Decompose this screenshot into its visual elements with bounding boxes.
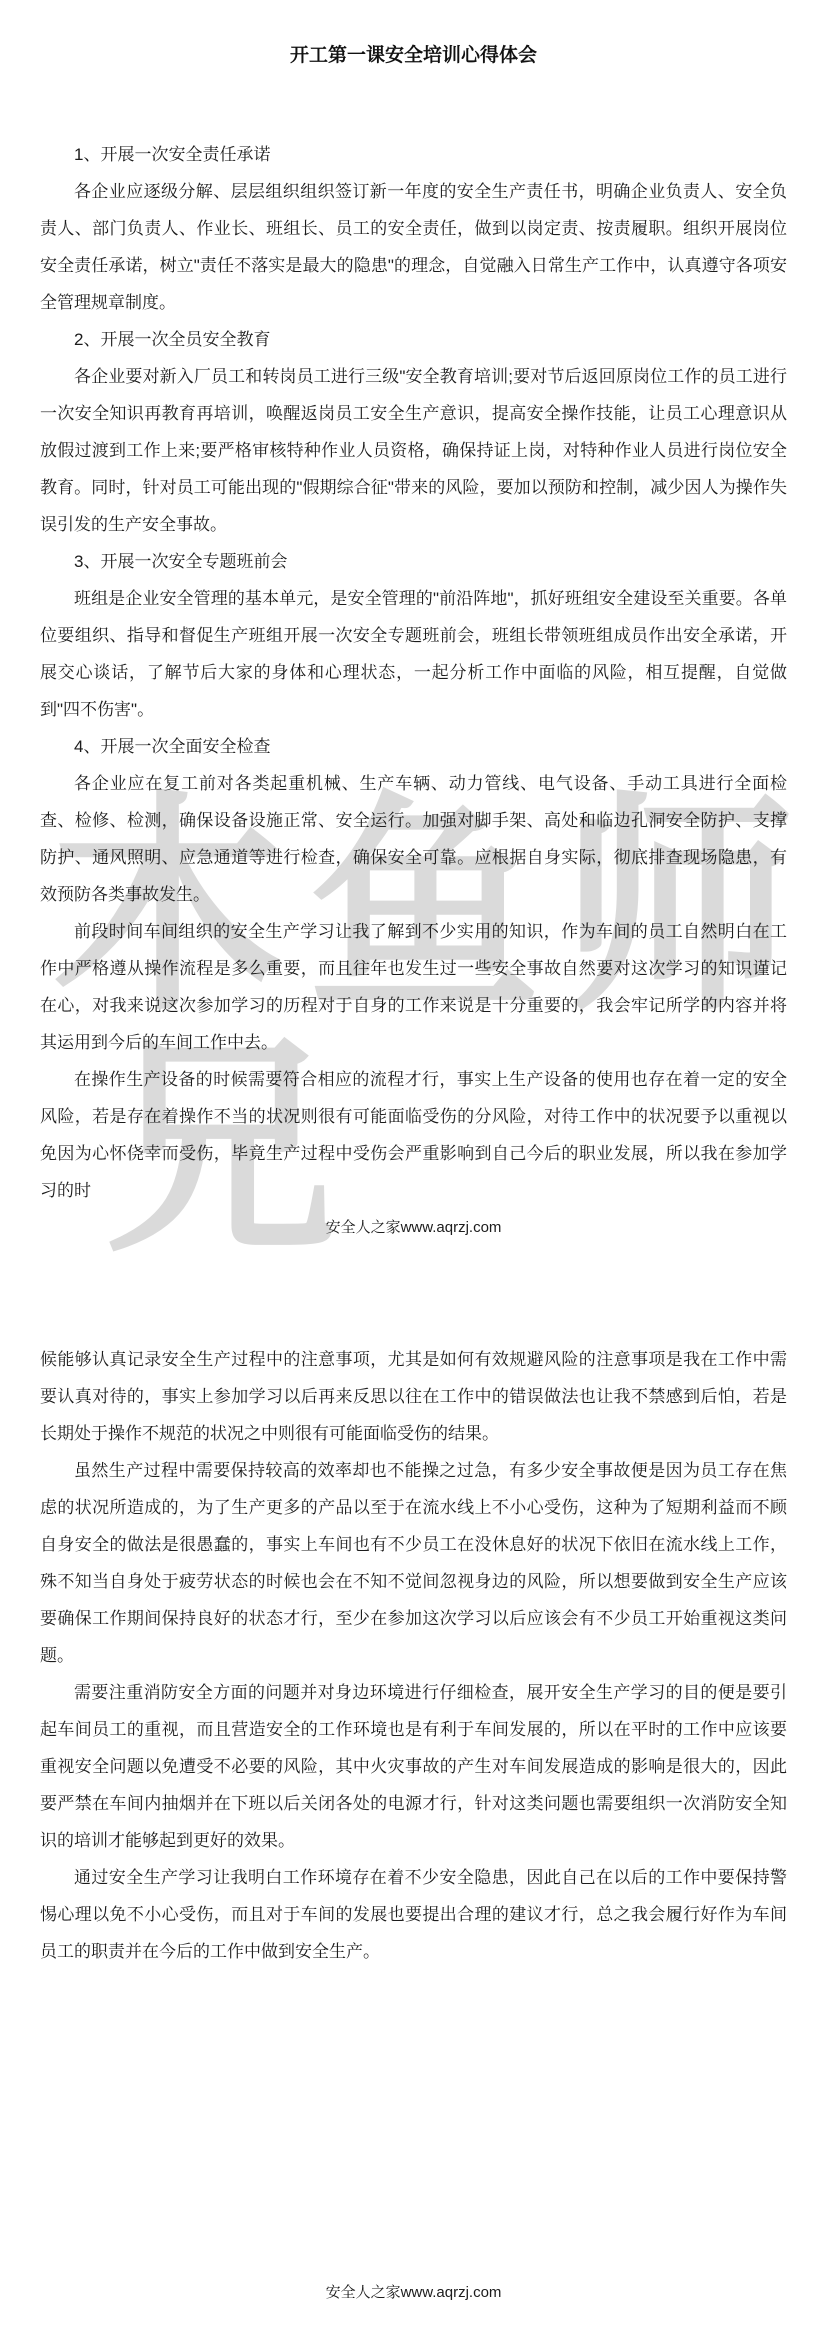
page-title: 开工第一课安全培训心得体会 — [40, 42, 787, 70]
section-4-paragraph: 各企业应在复工前对各类起重机械、生产车辆、动力管线、电气设备、手动工具进行全面检… — [40, 765, 787, 913]
closing-paragraph: 通过安全生产学习让我明白工作环境存在着不少安全隐患，因此自己在以后的工作中要保持… — [40, 1859, 787, 1970]
reflection-paragraph-2-continuation: 候能够认真记录安全生产过程中的注意事项，尤其是如何有效规避风险的注意事项是我在工… — [40, 1341, 787, 1452]
reflection-paragraph-2-truncated: 在操作生产设备的时候需要符合相应的流程才行，事实上生产设备的使用也存在着一定的安… — [40, 1061, 787, 1209]
page1-site-text: 安全人之家www.aqrzj.com — [40, 1209, 787, 1246]
section-heading-4: 4、开展一次全面安全检查 — [40, 728, 787, 765]
section-1-paragraph: 各企业应逐级分解、层层组织组织签订新一年度的安全生产责任书，明确企业负责人、安全… — [40, 173, 787, 321]
section-heading-3: 3、开展一次安全专题班前会 — [40, 543, 787, 580]
section-2-paragraph: 各企业要对新入厂员工和转岗员工进行三级"安全教育培训;要对节后返回原岗位工作的员… — [40, 358, 787, 543]
section-heading-2: 2、开展一次全员安全教育 — [40, 321, 787, 358]
footer-site-text: 安全人之家www.aqrzj.com — [0, 2281, 827, 2302]
reflection-paragraph-4: 需要注重消防安全方面的问题并对身边环境进行仔细检查，展开安全生产学习的目的便是要… — [40, 1674, 787, 1859]
section-3-paragraph: 班组是企业安全管理的基本单元，是安全管理的"前沿阵地"，抓好班组安全建设至关重要… — [40, 580, 787, 728]
reflection-paragraph-3: 虽然生产过程中需要保持较高的效率却也不能操之过急，有多少安全事故便是因为员工存在… — [40, 1452, 787, 1674]
section-heading-1: 1、开展一次安全责任承诺 — [40, 136, 787, 173]
document-page: 木 鱼 师 兄 开工第一课安全培训心得体会 1、开展一次安全责任承诺 各企业应逐… — [0, 0, 827, 2340]
page-break-gap — [40, 1246, 787, 1341]
reflection-paragraph-1: 前段时间车间组织的安全生产学习让我了解到不少实用的知识，作为车间的员工自然明白在… — [40, 913, 787, 1061]
document-body: 开工第一课安全培训心得体会 1、开展一次安全责任承诺 各企业应逐级分解、层层组织… — [0, 0, 827, 1970]
